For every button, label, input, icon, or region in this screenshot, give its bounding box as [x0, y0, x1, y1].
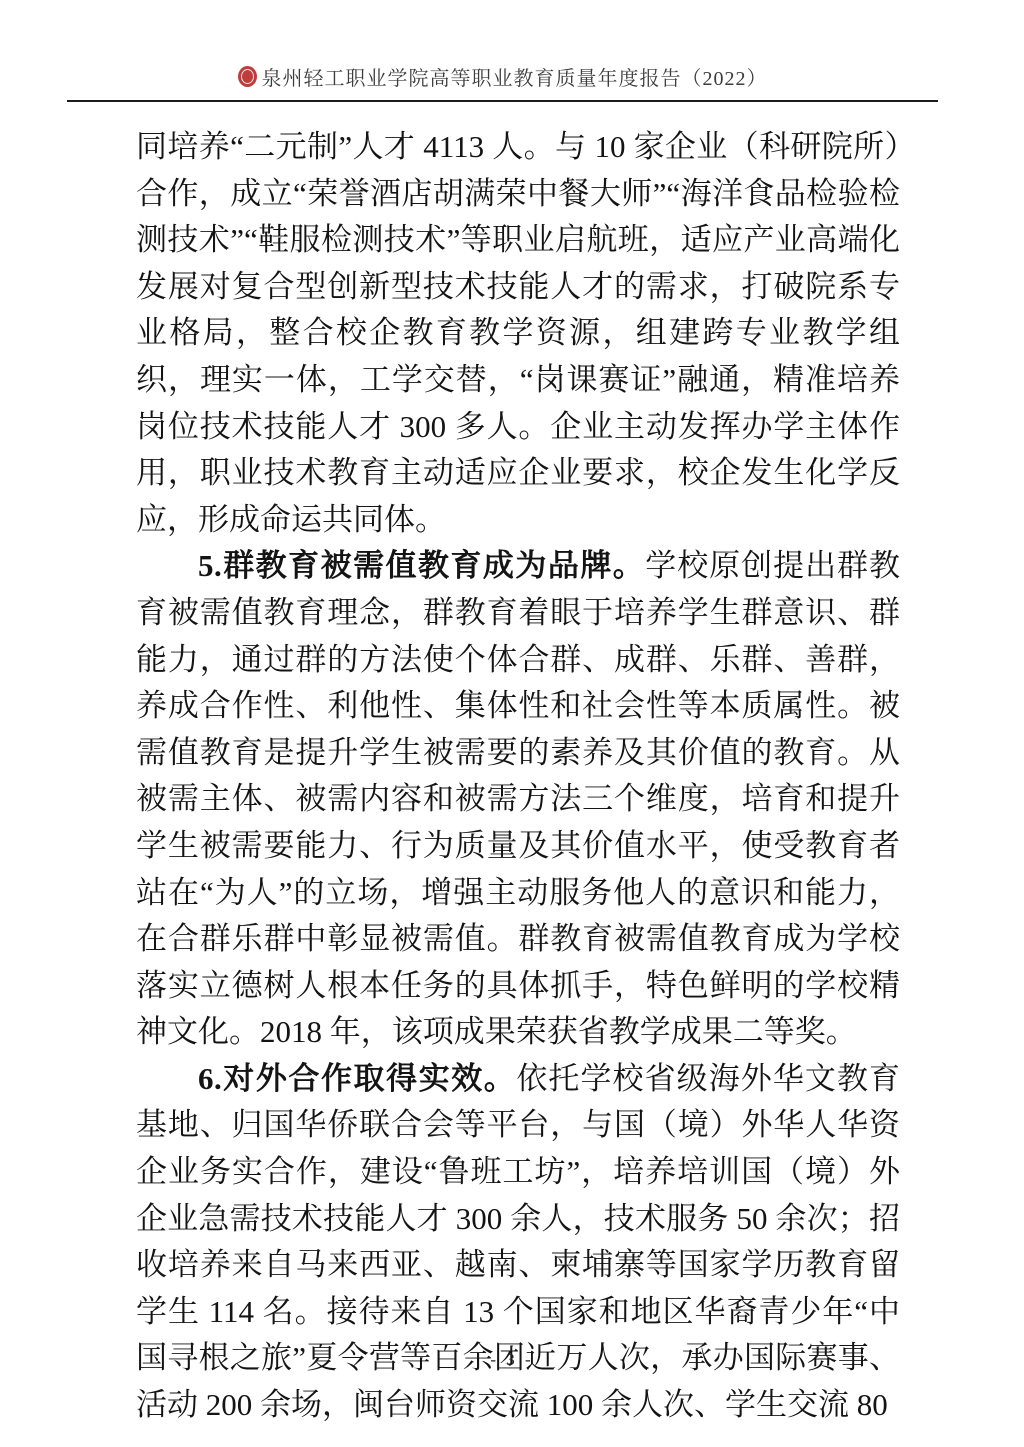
document-page: 泉州轻工职业学院高等职业教育质量年度报告（2022） 同培养“二元制”人才 41… [0, 0, 1024, 1447]
paragraph: 5.群教育被需值教育成为品牌。学校原创提出群教育被需值教育理念，群教育着眼于培养… [136, 543, 900, 1056]
paragraph: 同培养“二元制”人才 4113 人。与 10 家企业（科研院所）合作，成立“荣誉… [136, 124, 900, 543]
document-header-title: 泉州轻工职业学院高等职业教育质量年度报告（2022） [262, 62, 768, 91]
page-header: 泉州轻工职业学院高等职业教育质量年度报告（2022） [67, 62, 938, 102]
document-body: 同培养“二元制”人才 4113 人。与 10 家企业（科研院所）合作，成立“荣誉… [136, 124, 900, 1429]
paragraph-lead: 5.群教育被需值教育成为品牌。 [198, 548, 645, 583]
paragraph-text: 学校原创提出群教育被需值教育理念，群教育着眼于培养学生群意识、群能力，通过群的方… [136, 548, 900, 1049]
school-seal-icon [238, 66, 257, 87]
paragraph-text: 同培养“二元制”人才 4113 人。与 10 家企业（科研院所）合作，成立“荣誉… [136, 129, 900, 537]
paragraph: 6.对外合作取得实效。依托学校省级海外华文教育基地、归国华侨联合会等平台，与国（… [136, 1056, 900, 1429]
paragraph-lead: 6.对外合作取得实效。 [198, 1061, 516, 1096]
page-footer: - 3 - [0, 1350, 1024, 1370]
header-content: 泉州轻工职业学院高等职业教育质量年度报告（2022） [238, 62, 768, 91]
page-number: - 3 - [490, 1350, 533, 1369]
